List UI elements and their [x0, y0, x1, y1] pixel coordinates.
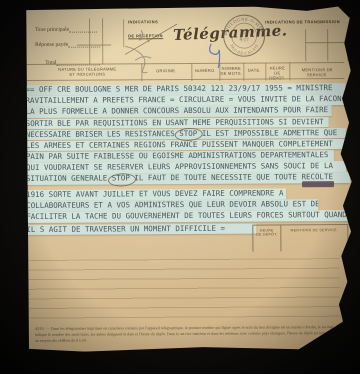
- small-violet-handstamp: [302, 181, 334, 187]
- fees-column-rule: [102, 19, 103, 65]
- fee-row-taxe: Taxe principale: [35, 27, 97, 33]
- column-header-mots: NOMBRE DE MOTS.: [220, 66, 242, 76]
- form-fragment: HEURE DE DÉPÔT. MENTIONS DE SERVICE.: [252, 224, 348, 253]
- column-divider: [289, 62, 290, 80]
- column-header-date: DATE.: [244, 68, 264, 73]
- fees-column-rule: [89, 19, 90, 65]
- postmark-date-day: 23: [241, 30, 247, 36]
- pencil-scribble: [139, 30, 149, 42]
- telegram-tape-line: LA PLUS FORMELLE A DONNER CONCOURS ABSOL…: [24, 105, 332, 117]
- boulogne-postmark-stamp: BOULOGNE-S-MER PAS-DE-CALAIS 23 9-17: [221, 13, 267, 59]
- column-header-nature: NATURE DU TÉLÉGRAMME ET INDICATIONS: [37, 66, 137, 77]
- blue-crayon-mark: [210, 44, 220, 68]
- telegram-paper: Taxe principale Réponse payée Total INDI…: [23, 5, 355, 353]
- column-header-mots-line2: DE MOTS.: [220, 71, 242, 76]
- fragment-mentions-cell: MENTIONS DE SERVICE.: [280, 225, 348, 251]
- transmission-table-rule: [305, 42, 347, 43]
- telegram-photo: Taxe principale Réponse payée Total INDI…: [0, 0, 360, 374]
- column-header-mentions: MENTIONS DE SERVICE.: [291, 67, 343, 77]
- telegram-tape-line: IL S AGIT DE TRAVERSER UN MOMENT DIFFICI…: [24, 223, 256, 235]
- telegram-tape-line: FACILITER LA TACHE DU GOUVERNEMENT DE TO…: [24, 210, 354, 223]
- postmark-date-year: 9-17: [240, 38, 250, 43]
- fragment-heure-line2: DE DÉPÔT.: [253, 233, 280, 237]
- column-header-nature-line2: ET INDICATIONS: [37, 71, 137, 77]
- column-divider: [141, 63, 142, 81]
- transmission-table-rule: [305, 29, 306, 61]
- dotted-leader: [69, 27, 97, 33]
- transmission-label: INDICATIONS DE TRANSMISSION: [265, 19, 345, 24]
- fragment-mentions-label: MENTIONS DE SERVICE.: [281, 228, 347, 233]
- form-reference-mark: | · | · |: [26, 251, 30, 311]
- fragment-heure-cell: HEURE DE DÉPÔT.: [252, 225, 280, 251]
- transmission-table-rule: [347, 29, 348, 61]
- blank-ruled-lines: [27, 258, 339, 324]
- header-row-bottom-rule: [26, 78, 344, 81]
- fees-cross-rule: [77, 44, 111, 45]
- fee-taxe-label: Taxe principale: [35, 27, 69, 33]
- column-header-origine: ORIGINE.: [143, 68, 189, 73]
- printed-diagonal-line: [125, 24, 177, 54]
- column-header-heure: HEURE DE DÉPÔT.: [266, 65, 288, 80]
- column-header-numero: NUMÉRO.: [192, 68, 218, 73]
- column-header-heure-line2: DE DÉPÔT.: [266, 70, 288, 80]
- transmission-table-rule: [327, 29, 328, 61]
- fee-reponse-label: Réponse payée: [35, 42, 68, 48]
- avis-footnote: AVIS. — Dans les télégrammes imprimés en…: [35, 324, 333, 344]
